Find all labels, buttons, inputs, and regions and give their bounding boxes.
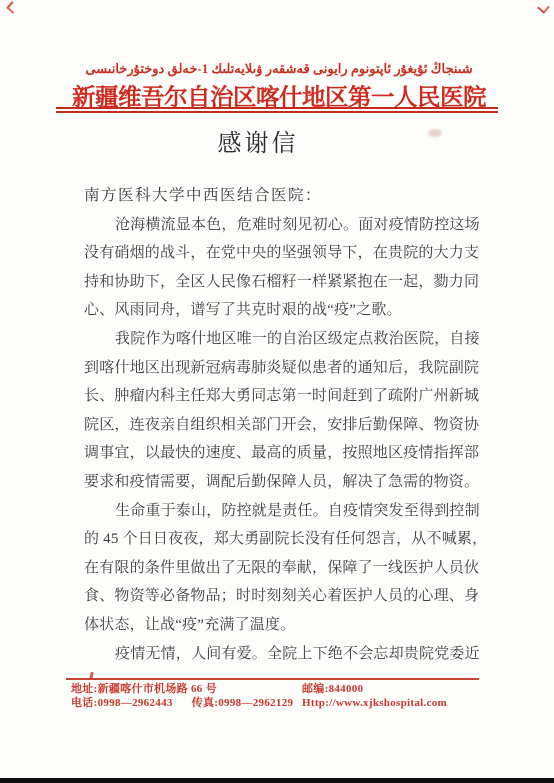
- letter-line: 心、风雨同舟，谱写了共克时艰的战“疫”之歌。: [84, 296, 484, 325]
- letter-line: 体状态，让战“疫”充满了温度。: [84, 611, 484, 640]
- letter-line: 调事宜，以最快的速度、最高的质量，按照地区疫情指挥部: [84, 439, 484, 468]
- footer-left-column: 地址:新疆喀什市机场路 66 号 电话:0998—2962443传真:0998—…: [71, 683, 293, 710]
- letter-salutation: 南方医科大学中西医结合医院：: [84, 182, 484, 211]
- red-scan-artifact-top-right: [537, 1, 550, 14]
- footer-phone: 电话:0998—2962443: [71, 697, 173, 709]
- letter-line: 的 45 个日日夜夜，郑大勇副院长没有任何怨言，从不喊累，: [84, 525, 484, 554]
- letter-line: 要求和疫情需要，调配后勤保障人员，解决了急需的物资。: [84, 468, 484, 497]
- footer-url: Http://www.xjkshospital.com: [302, 697, 447, 711]
- letter-line: 食、物资等必备物品；时时刻刻关心着医护人员的心理、身: [84, 582, 484, 611]
- footer-address: 地址:新疆喀什市机场路 66 号: [71, 683, 293, 697]
- footer-postcode: 邮编:844000: [302, 683, 447, 697]
- letter-line: 疫情无情，人间有爱。全院上下绝不会忘却贵院党委近: [84, 640, 484, 669]
- letter-line: 长、肿瘤内科主任郑大勇同志第一时间赶到了疏附广州新城: [84, 382, 484, 411]
- letter-line: 我院作为喀什地区唯一的自治区级定点救治医院，自接: [84, 325, 484, 354]
- letterhead-double-rule: [56, 107, 498, 113]
- letter-line: 院区，连夜亲自组织相关部门开会，安排后勤保障、物资协: [84, 411, 484, 440]
- letter-body: 南方医科大学中西医结合医院： 沧海横流显本色，危难时刻见初心。面对疫情防控这场 …: [84, 182, 484, 668]
- scanned-letter-page: شىنجاڭ ئۇيغۇر ئاپتونوم رايونى قەشقەر ۋىل…: [0, 0, 554, 783]
- footer-rule: [66, 678, 479, 680]
- footer-fax: 传真:0998—2962129: [192, 697, 294, 709]
- footer-phone-fax: 电话:0998—2962443传真:0998—2962129: [71, 697, 293, 711]
- letter-line: 沧海横流显本色，危难时刻见初心。面对疫情防控这场: [84, 211, 484, 240]
- letter-line: 持和协助下，全区人民像石榴籽一样紧紧抱在一起，勠力同: [84, 268, 484, 297]
- scan-edge-strip: [0, 778, 554, 783]
- letter-line: 没有硝烟的战斗，在党中央的坚强领导下，在贵院的大力支: [84, 239, 484, 268]
- letter-line: 生命重于泰山，防控就是责任。自疫情突发至得到控制: [84, 497, 484, 526]
- letterhead-uyghur-hospital-name: شىنجاڭ ئۇيغۇر ئاپتونوم رايونى قەشقەر ۋىل…: [57, 61, 501, 77]
- letter-line: 到喀什地区出现新冠病毒肺炎疑似患者的通知后，我院副院: [84, 354, 484, 383]
- letter-line: 在有限的条件里做出了无限的奉献，保障了一线医护人员伙: [84, 554, 484, 583]
- red-scan-artifact-top-left: [6, 1, 19, 14]
- letter-title: 感谢信: [84, 123, 432, 158]
- footer-right-column: 邮编:844000 Http://www.xjkshospital.com: [302, 683, 447, 710]
